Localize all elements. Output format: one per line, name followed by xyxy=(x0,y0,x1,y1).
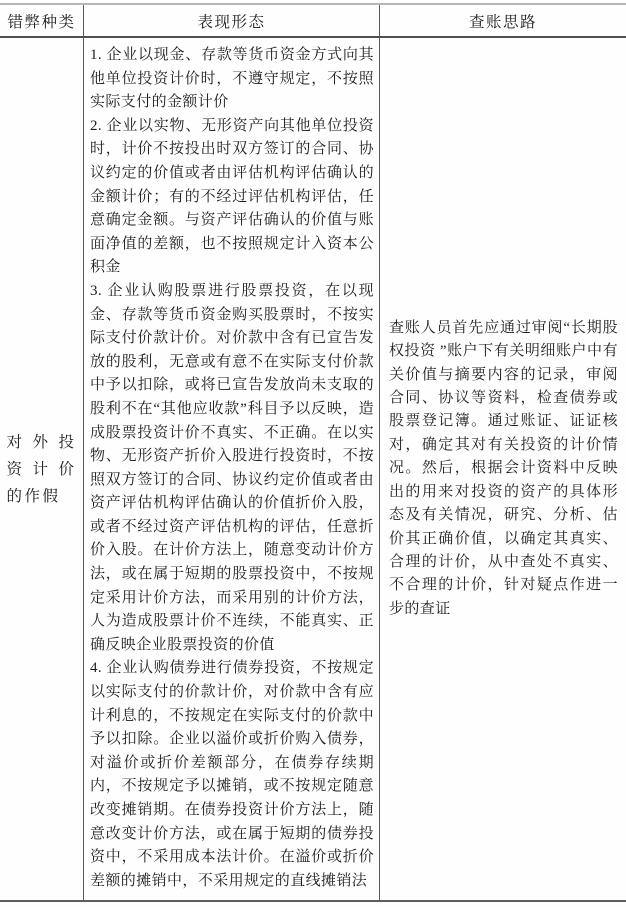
book-page: 错弊种类 表现形态 查账思路 对外投资计价的作假 1. 企业以现金、存款等货币资… xyxy=(0,0,626,907)
header-cell-audit-approach: 查账思路 xyxy=(380,5,626,36)
category-cell: 对外投资计价的作假 xyxy=(0,38,84,900)
manifestation-paragraph-1: 1. 企业以现金、存款等货币资金方式向其他单位投资计价时，不遵守规定，不按照实际… xyxy=(90,44,374,115)
header-cell-manifestation: 表现形态 xyxy=(84,5,380,36)
category-label: 对外投资计价的作假 xyxy=(7,429,77,510)
table-body-row: 对外投资计价的作假 1. 企业以现金、存款等货币资金方式向其他单位投资计价时，不… xyxy=(0,38,626,900)
manifestation-paragraph-3: 3. 企业认购股票进行股票投资，在以现金、存款等货币资金购买股票时，不按实际支付… xyxy=(90,280,374,658)
table-header-row: 错弊种类 表现形态 查账思路 xyxy=(0,5,626,38)
header-cell-error-type: 错弊种类 xyxy=(0,5,84,36)
manifestation-cell: 1. 企业以现金、存款等货币资金方式向其他单位投资计价时，不遵守规定，不按照实际… xyxy=(84,38,380,900)
audit-approach-paragraph: 查账人员首先应通过审阅“长期股权投资 ”账户下有关明细账户中有关价值与摘要内容的… xyxy=(389,317,618,621)
manifestation-paragraph-2: 2. 企业以实物、无形资产向其他单位投资时，计价不按投出时双方签订的合同、协议约… xyxy=(90,115,374,280)
audit-table: 错弊种类 表现形态 查账思路 对外投资计价的作假 1. 企业以现金、存款等货币资… xyxy=(0,3,626,902)
manifestation-paragraph-4: 4. 企业认购债券进行债券投资，不按规定以实际支付的价款计价，对价款中含有应计利… xyxy=(90,657,374,893)
header-label-error-type: 错弊种类 xyxy=(7,10,75,32)
header-label-audit-approach: 查账思路 xyxy=(469,10,537,32)
audit-approach-cell: 查账人员首先应通过审阅“长期股权投资 ”账户下有关明细账户中有关价值与摘要内容的… xyxy=(380,38,626,900)
header-label-manifestation: 表现形态 xyxy=(197,10,265,32)
